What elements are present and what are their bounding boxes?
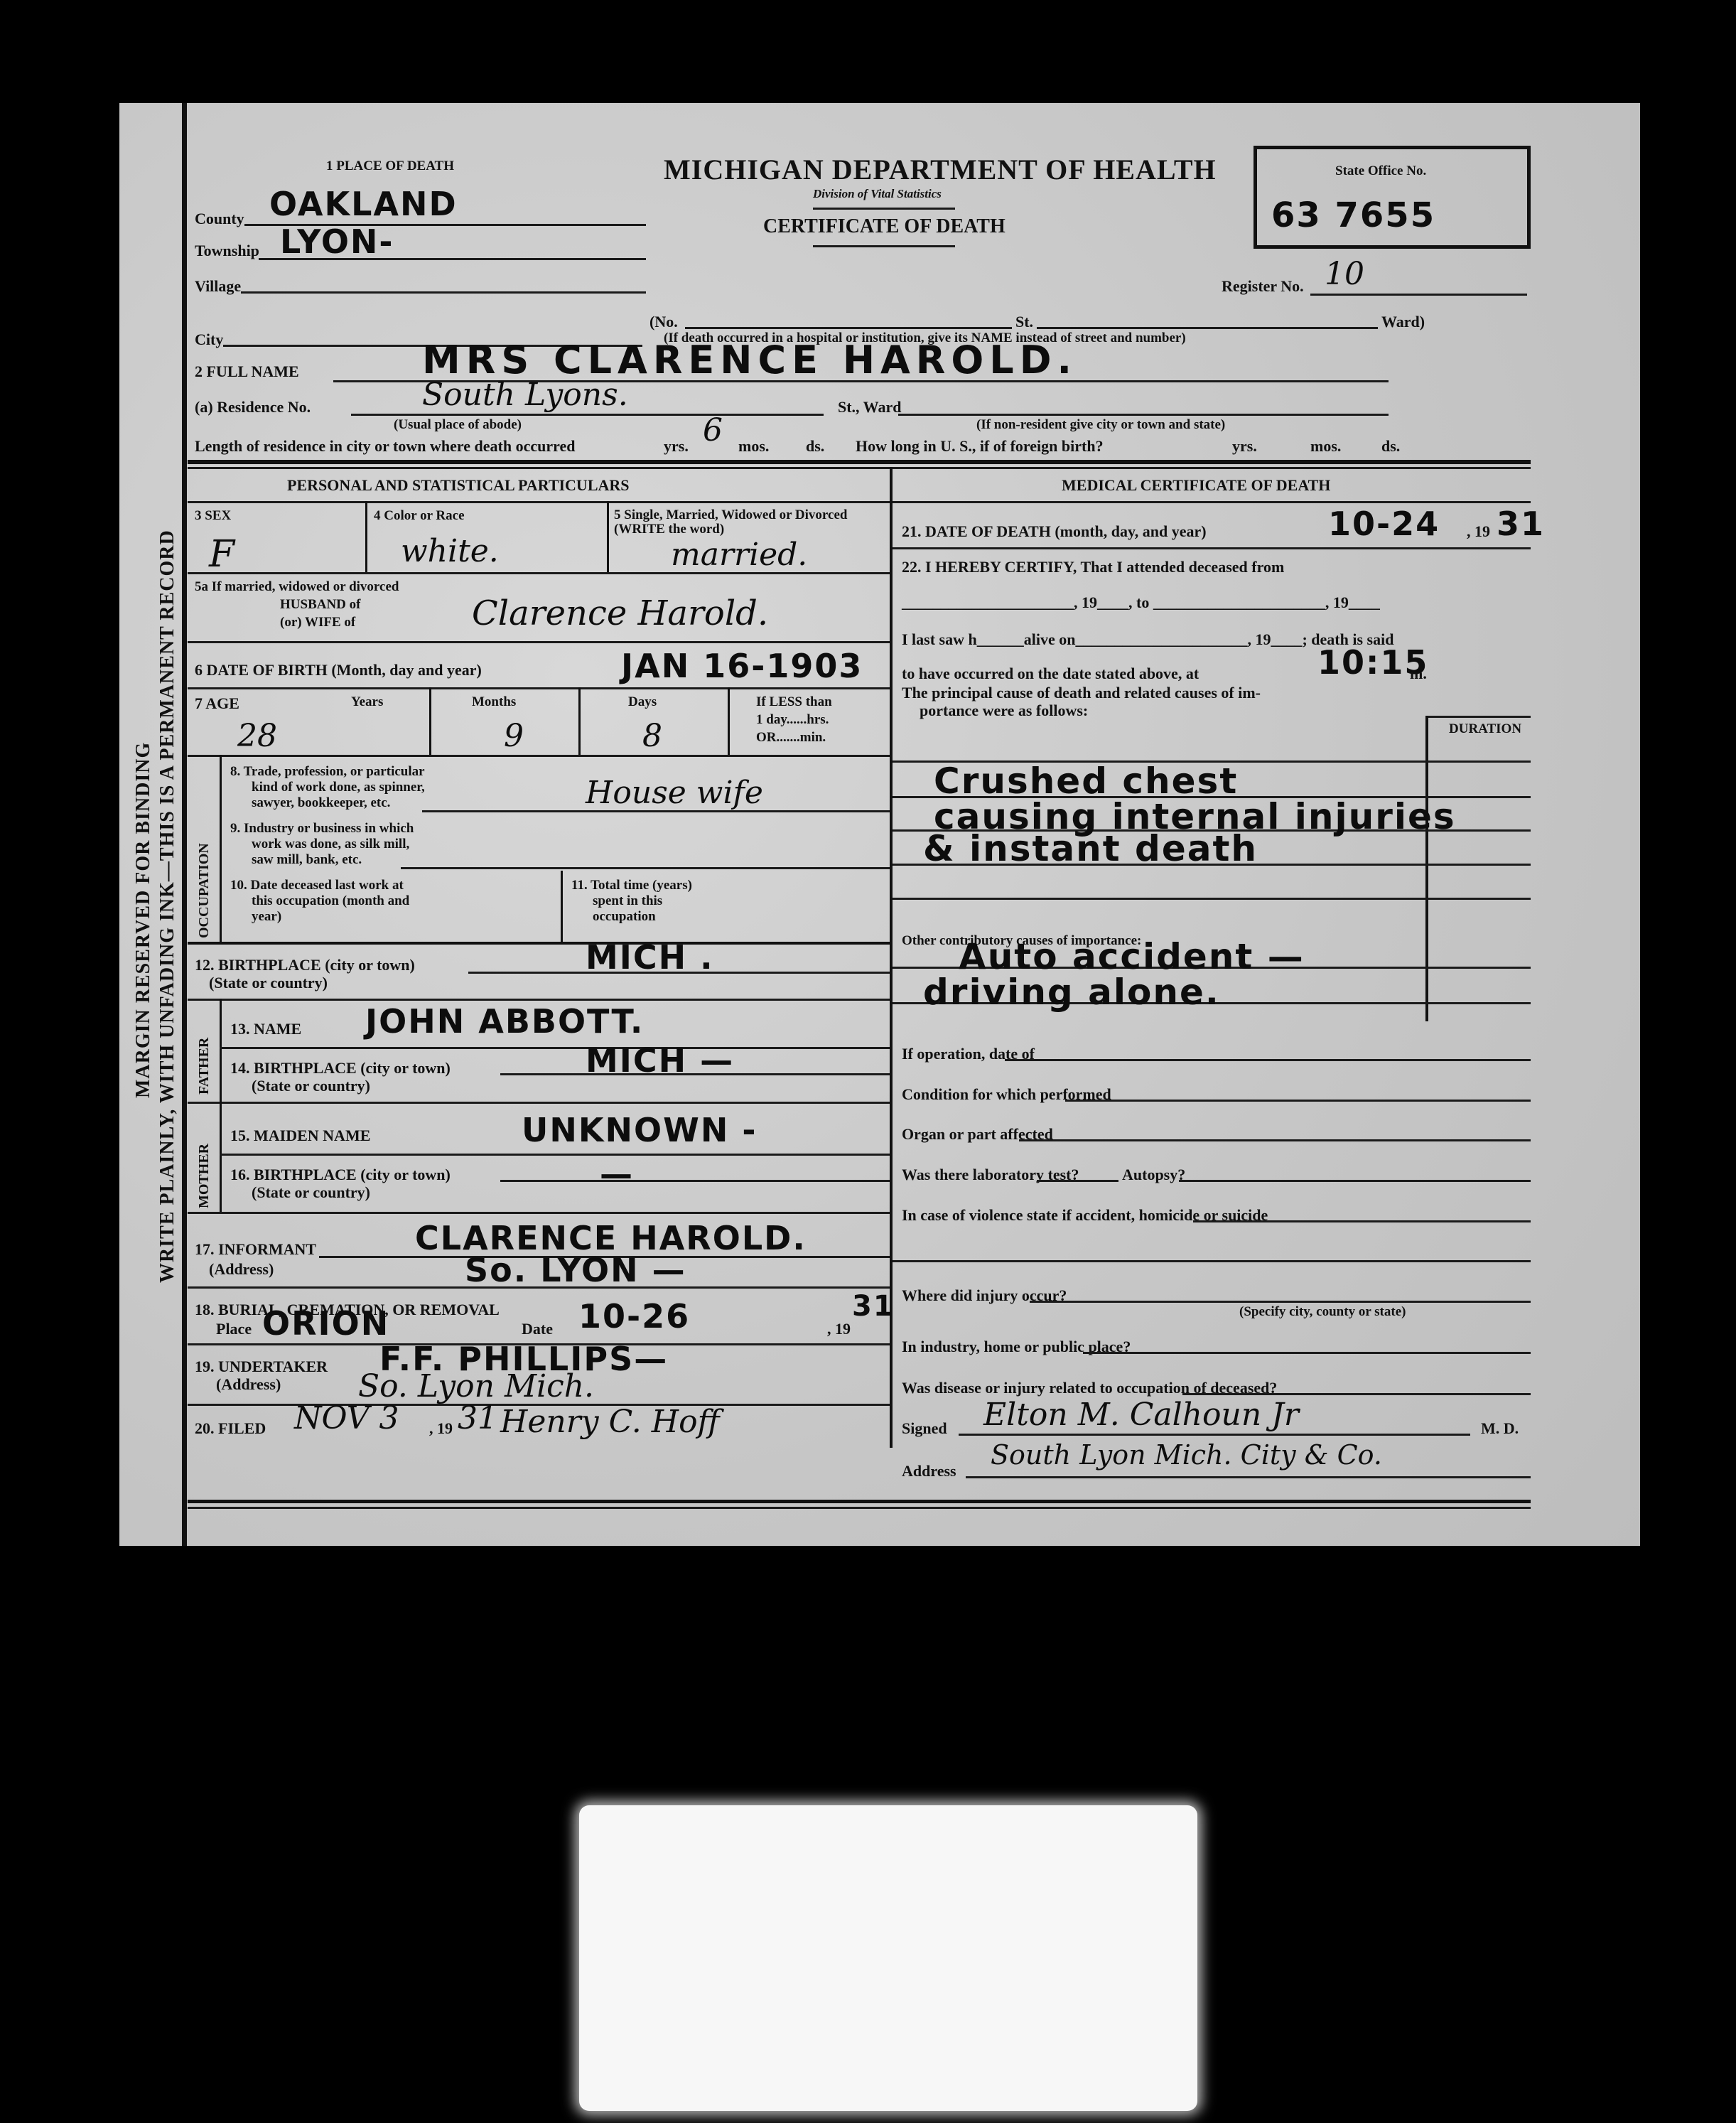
informant-address-label: (Address) <box>209 1260 274 1279</box>
sex-label: 3 SEX <box>195 508 231 524</box>
burial-year-value: 31 <box>852 1290 895 1323</box>
mother-birthplace-label-1: 16. BIRTHPLACE (city or town) <box>230 1166 451 1184</box>
binding-margin: MARGIN RESERVED FOR BINDING WRITE PLAINL… <box>119 103 187 1546</box>
specify-note: (Specify city, county or state) <box>1239 1304 1406 1320</box>
cause-line-3: & instant death <box>923 828 1258 869</box>
certify-label: 22. I HEREBY CERTIFY, That I attended de… <box>902 558 1284 576</box>
age-label: 7 AGE <box>195 694 239 713</box>
less-than-label-1: If LESS than <box>756 694 832 710</box>
film-leader-blank <box>579 1805 1197 2111</box>
filed-date-value: NOV 3 <box>294 1400 399 1436</box>
county-value: OAKLAND <box>269 185 458 223</box>
mother-maiden-name-value: UNKNOWN - <box>522 1111 757 1149</box>
mother-maiden-name-label: 15. MAIDEN NAME <box>230 1127 370 1145</box>
age-days-value: 8 <box>642 718 662 754</box>
place-of-death-heading: 1 PLACE OF DEATH <box>326 158 454 174</box>
trade-value: House wife <box>586 775 763 811</box>
date-of-death-value: 10-24 <box>1328 505 1440 543</box>
division-subtitle: Division of Vital Statistics <box>813 187 942 201</box>
father-birthplace-label-1: 14. BIRTHPLACE (city or town) <box>230 1059 451 1077</box>
physician-address-label: Address <box>902 1462 956 1480</box>
us-residence-label: How long in U. S., if of foreign birth? <box>856 437 1104 456</box>
ink-note: WRITE PLAINLY, WITH UNFADING INK—THIS IS… <box>156 530 179 1283</box>
yrs-label: yrs. <box>664 437 689 456</box>
informant-label: 17. INFORMANT <box>195 1240 316 1259</box>
sex-value: F <box>209 533 234 576</box>
register-number: 10 <box>1325 256 1364 292</box>
county-label: County <box>195 210 244 228</box>
birthplace-value: MICH . <box>586 938 714 977</box>
undertaker-address-label: (Address) <box>216 1375 281 1394</box>
time-suffix: m. <box>1410 665 1427 683</box>
birthplace-label-2: (State or country) <box>209 974 328 992</box>
date-of-death-year-prefix: , 19 <box>1467 522 1490 541</box>
industry-label-3: saw mill, bank, etc. <box>252 852 362 868</box>
department-title: MICHIGAN DEPARTMENT OF HEALTH <box>664 153 1217 186</box>
principal-cause-label-1: The principal cause of death and related… <box>902 684 1261 702</box>
trade-label-2: kind of work done, as spinner, <box>252 780 425 795</box>
us-yrs-label: yrs. <box>1232 437 1257 456</box>
date-of-birth-value: JAN 16-1903 <box>621 647 863 685</box>
father-side-label: FATHER <box>196 1038 212 1095</box>
medical-section-title: MEDICAL CERTIFICATE OF DEATH <box>1062 476 1330 495</box>
father-name-label: 13. NAME <box>230 1020 301 1038</box>
register-label: Register No. <box>1222 277 1304 296</box>
mother-side-label: MOTHER <box>196 1144 212 1208</box>
signed-label: Signed <box>902 1419 947 1438</box>
marital-status-label: 5 Single, Married, Widowed or Divorced (… <box>614 508 888 537</box>
date-of-birth-label: 6 DATE OF BIRTH (Month, day and year) <box>195 661 482 679</box>
residence-value: South Lyons. <box>422 377 628 413</box>
spouse-label-line2: HUSBAND of <box>280 597 360 613</box>
mother-birthplace-value: — <box>600 1155 634 1193</box>
undertaker-label: 19. UNDERTAKER <box>195 1358 328 1376</box>
usual-place-note: (Usual place of abode) <box>394 417 522 433</box>
certificate-form: 1 PLACE OF DEATH MICHIGAN DEPARTMENT OF … <box>188 103 1640 1546</box>
filed-year-prefix: , 19 <box>429 1419 453 1438</box>
residence-label: (a) Residence No. <box>195 398 311 416</box>
undertaker-address-value: So. Lyon Mich. <box>358 1368 594 1404</box>
physician-address-value: South Lyon Mich. City & Co. <box>991 1439 1382 1471</box>
marital-status-value: married. <box>671 537 807 573</box>
form-title: CERTIFICATE OF DEATH <box>763 215 1006 238</box>
age-years-label: Years <box>351 694 383 710</box>
burial-date-value: 10-26 <box>578 1297 690 1335</box>
total-time-label-3: occupation <box>593 909 656 925</box>
full-name-value: MRS CLARENCE HAROLD. <box>422 338 1077 382</box>
industry-label-1: 9. Industry or business in which <box>230 821 414 837</box>
race-value: white. <box>401 533 499 569</box>
street-no-label: (No. <box>649 313 678 331</box>
father-name-value: JOHN ABBOTT. <box>365 1002 644 1041</box>
filed-label: 20. FILED <box>195 1419 266 1438</box>
burial-place-label: Place <box>216 1320 252 1338</box>
township-value: LYON- <box>280 222 394 261</box>
mother-birthplace-label-2: (State or country) <box>252 1183 370 1202</box>
spouse-label-line3: (or) WIFE of <box>280 615 355 630</box>
death-certificate: MARGIN RESERVED FOR BINDING WRITE PLAINL… <box>119 103 1640 1546</box>
age-months-label: Months <box>472 694 516 710</box>
nonresident-note: (If non-resident give city or town and s… <box>976 417 1225 433</box>
ward-label: Ward) <box>1381 313 1425 331</box>
trade-label-1: 8. Trade, profession, or particular <box>230 764 425 780</box>
age-days-label: Days <box>628 694 657 710</box>
contributory-line-2: driving alone. <box>923 972 1220 1013</box>
total-time-label-2: spent in this <box>593 893 662 909</box>
state-office-label: State Office No. <box>1335 163 1426 179</box>
state-office-number: 63 7655 <box>1271 195 1435 235</box>
us-mos-label: mos. <box>1310 437 1341 456</box>
trade-label-3: sawyer, bookkeeper, etc. <box>252 795 390 811</box>
length-of-residence-label: Length of residence in city or town wher… <box>195 437 575 456</box>
filed-year-value: 31 <box>458 1400 497 1436</box>
informant-address-value: So. LYON — <box>465 1251 686 1289</box>
city-label: City <box>195 330 223 349</box>
md-label: M. D. <box>1481 1419 1519 1438</box>
principal-cause-label-2: portance were as follows: <box>920 702 1088 720</box>
last-work-label-3: year) <box>252 909 281 925</box>
binding-note: MARGIN RESERVED FOR BINDING <box>132 742 155 1098</box>
residence-st-ward-label: St., Ward <box>838 398 901 416</box>
burial-place-value: ORION <box>262 1304 389 1343</box>
father-birthplace-value: MICH — <box>586 1041 734 1080</box>
mos-label: mos. <box>738 437 769 456</box>
date-of-death-label: 21. DATE OF DEATH (month, day, and year) <box>902 522 1207 541</box>
village-label: Village <box>195 277 241 296</box>
occurred-at-label: to have occurred on the date stated abov… <box>902 665 1199 683</box>
street-label: St. <box>1015 313 1033 331</box>
ds-label: ds. <box>806 437 824 456</box>
autopsy-label: Autopsy? <box>1122 1166 1185 1184</box>
burial-date-label: Date <box>522 1320 553 1338</box>
duration-label: DURATION <box>1449 721 1521 737</box>
residence-years-value: 6 <box>703 412 723 448</box>
date-of-death-year-value: 31 <box>1497 505 1545 543</box>
father-birthplace-label-2: (State or country) <box>252 1077 370 1095</box>
last-work-label-2: this occupation (month and <box>252 893 409 909</box>
personal-section-title: PERSONAL AND STATISTICAL PARTICULARS <box>287 476 630 495</box>
less-than-label-2: 1 day......hrs. <box>756 712 829 728</box>
registrar-signature: Henry C. Hoff <box>500 1404 720 1440</box>
total-time-label-1: 11. Total time (years) <box>571 878 692 893</box>
birthplace-label-1: 12. BIRTHPLACE (city or town) <box>195 956 415 974</box>
certify-dates-line: ______________________, 19____, to _____… <box>902 593 1380 612</box>
full-name-label: 2 FULL NAME <box>195 362 299 381</box>
occupation-side-label: OCCUPATION <box>196 843 212 938</box>
industry-label-2: work was done, as silk mill, <box>252 837 409 852</box>
age-years-value: 28 <box>237 718 277 754</box>
spouse-label-line1: 5a If married, widowed or divorced <box>195 579 399 595</box>
spouse-value: Clarence Harold. <box>472 593 768 633</box>
us-ds-label: ds. <box>1381 437 1400 456</box>
burial-year-prefix: , 19 <box>827 1320 851 1338</box>
race-label: 4 Color or Race <box>374 508 465 524</box>
last-work-label-1: 10. Date deceased last work at <box>230 878 404 893</box>
physician-signature: Elton M. Calhoun Jr <box>983 1397 1299 1433</box>
less-than-label-3: OR.......min. <box>756 730 826 746</box>
state-office-box: State Office No. 63 7655 <box>1254 146 1531 249</box>
township-label: Township <box>195 242 259 260</box>
age-months-value: 9 <box>504 718 524 754</box>
